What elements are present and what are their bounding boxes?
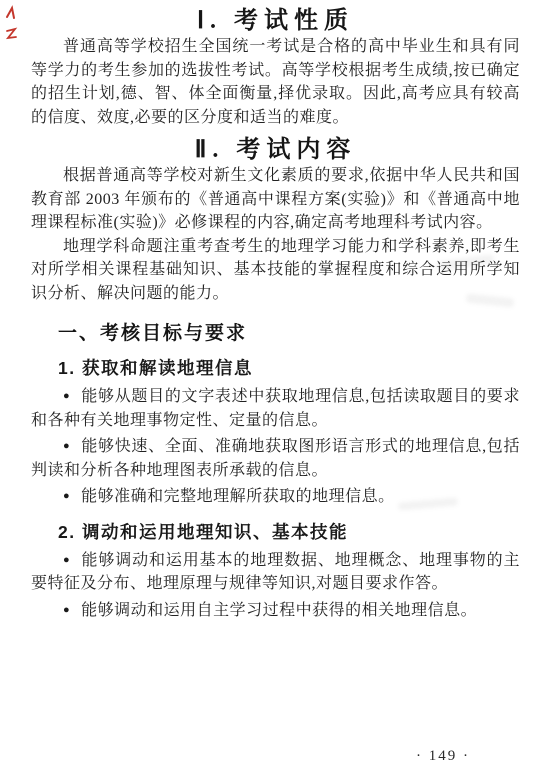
- red-pen-mark-icon: [3, 5, 21, 41]
- bullet-icon: ●: [63, 490, 70, 502]
- bullet-item: ●能够准确和完整地理解所获取的地理信息。: [31, 485, 520, 509]
- red-pen-mark-stroke-2: [7, 29, 16, 38]
- section-2-title: Ⅱ. 考试内容: [31, 129, 520, 164]
- subheading-obtain-interpret-info: 1. 获取和解读地理信息: [58, 355, 520, 380]
- bullet-icon: ●: [63, 554, 71, 566]
- bullet-text: 能够调动和运用基本的地理数据、地理概念、地理事物的主要特征及分布、地理原理与规律…: [31, 552, 520, 593]
- bullet-icon: ●: [63, 604, 70, 616]
- section-1-paragraph: 普通高等学校招生全国统一考试是合格的高中毕业生和具有同等学力的考生参加的选拔性考…: [31, 35, 520, 129]
- page-number: · 149 ·: [416, 748, 470, 765]
- bullet-item: ●能够从题目的文字表述中获取地理信息,包括读取题目的要求和各种有关地理事物定性、…: [31, 385, 520, 432]
- bullet-text: 能够从题目的文字表述中获取地理信息,包括读取题目的要求和各种有关地理事物定性、定…: [31, 388, 520, 429]
- heading-assessment-goals: 一、考核目标与要求: [58, 318, 520, 345]
- section-2-paragraph-2: 地理学科命题注重考查考生的地理学习能力和学科素养,即考生对所学相关课程基础知识、…: [31, 235, 520, 306]
- section-1-title: Ⅰ. 考试性质: [31, 0, 520, 35]
- subheading-mobilize-apply-knowledge: 2. 调动和运用地理知识、基本技能: [58, 519, 520, 544]
- red-pen-mark-stroke-1: [7, 8, 14, 18]
- section-2-paragraph-1: 根据普通高等学校对新生文化素质的要求,依据中华人民共和国教育部 2003 年颁布…: [31, 164, 520, 235]
- bullet-icon: ●: [63, 440, 70, 452]
- scanned-document-page: Ⅰ. 考试性质 普通高等学校招生全国统一考试是合格的高中毕业生和具有同等学力的考…: [0, 0, 550, 782]
- bullet-text: 能够调动和运用自主学习过程中获得的相关地理信息。: [81, 602, 477, 619]
- page-content: Ⅰ. 考试性质 普通高等学校招生全国统一考试是合格的高中毕业生和具有同等学力的考…: [31, 0, 520, 625]
- bullet-item: ●能够调动和运用自主学习过程中获得的相关地理信息。: [31, 599, 520, 623]
- bullet-item: ●能够快速、全面、准确地获取图形语言形式的地理信息,包括判读和分析各种地理图表所…: [31, 435, 520, 482]
- bullet-text: 能够准确和完整地理解所获取的地理信息。: [81, 488, 395, 505]
- bullet-icon: ●: [63, 390, 70, 402]
- bullet-text: 能够快速、全面、准确地获取图形语言形式的地理信息,包括判读和分析各种地理图表所承…: [31, 438, 520, 479]
- bullet-item: ●能够调动和运用基本的地理数据、地理概念、地理事物的主要特征及分布、地理原理与规…: [31, 549, 520, 596]
